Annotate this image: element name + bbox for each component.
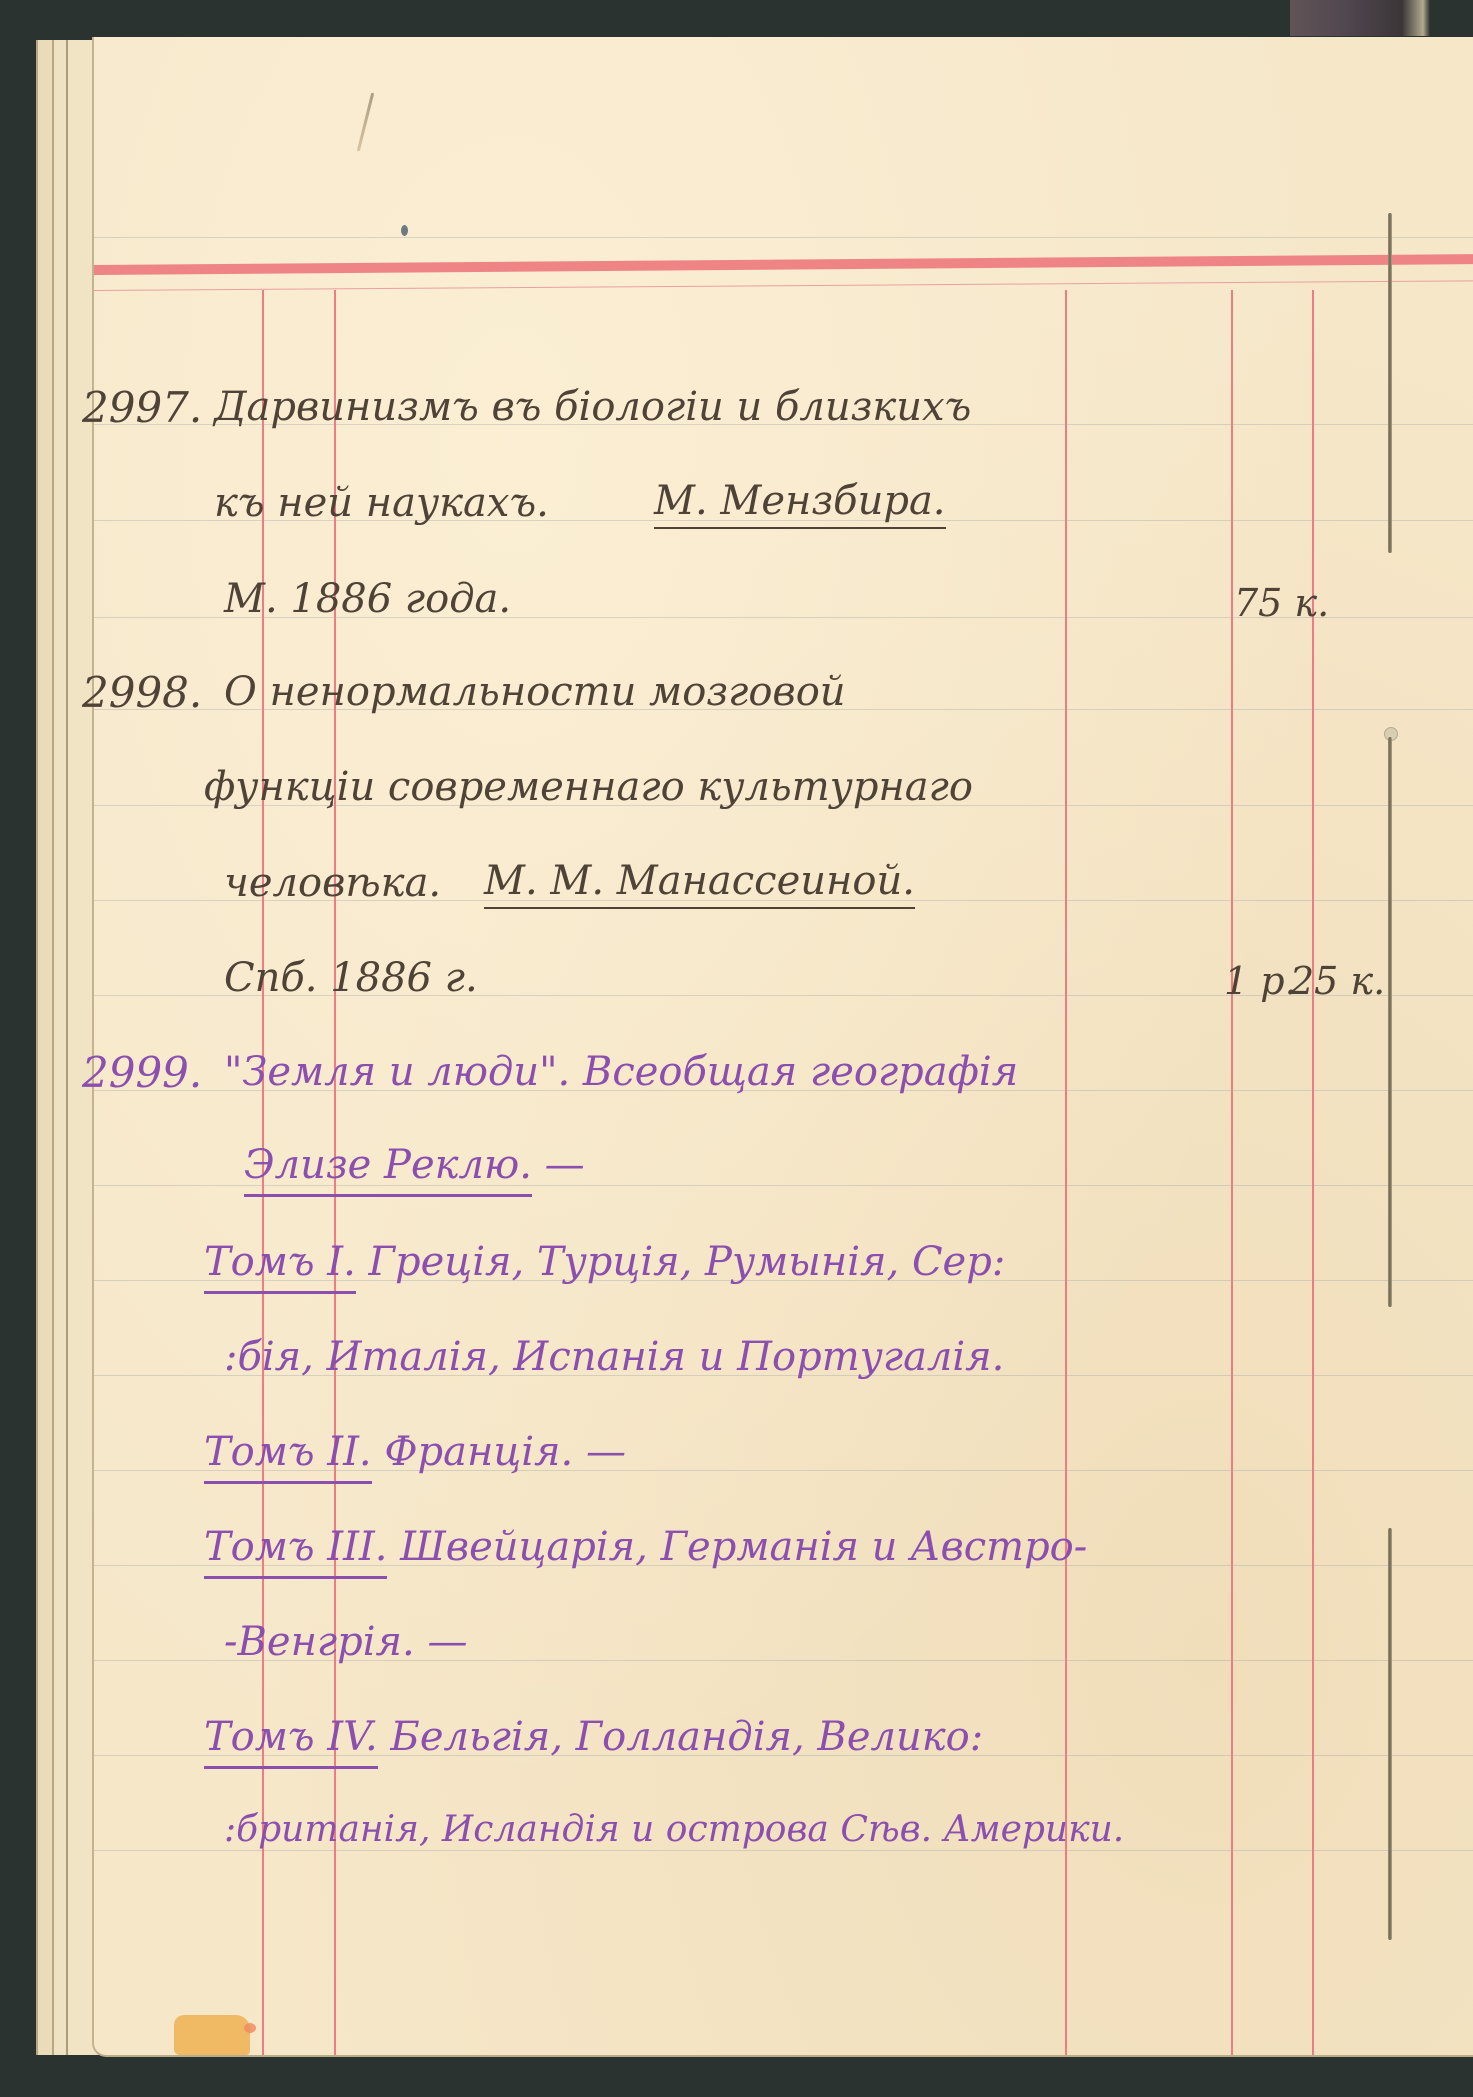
entry-number: 2998. [82,672,202,714]
author-dash: — [532,1142,585,1188]
entry-number: 2999. [82,1052,202,1094]
entry-title-line: къ ней наукахъ. [214,483,549,523]
orange-stain [244,2023,256,2033]
entry-imprint: Спб. 1886 г. [224,958,478,998]
entry-title-line: Дарвинизмъ въ біологіи и близкихъ [214,387,971,427]
ruled-line [94,237,1473,238]
entry-author: Элизе Реклю. [244,1142,532,1197]
entry-title-line: "Земля и люди". Всеобщая географія [224,1052,1018,1092]
column-rule-kopecks [1312,290,1314,2055]
ink-blot [401,225,408,236]
ruled-line [94,1850,1473,1851]
entry-price-rubles: 1 р. [1224,959,1297,1003]
binding-thread [1388,737,1392,1307]
entry-imprint: М. 1886 года. [224,579,511,619]
volume-contents: Греція, Турція, Румынія, Сер: [356,1239,1005,1285]
entry-number: 2997. [82,387,202,429]
column-rule-rubles [1231,290,1233,2055]
pencil-mark [357,93,374,152]
volume-contents: Франція. — [372,1429,626,1475]
volume-label: Томъ III. [204,1524,387,1579]
cover-fabric-patch [1290,0,1430,36]
entry-title-line: функціи современнаго культурнаго [204,767,973,807]
volume-label: Томъ IV. [204,1714,378,1769]
volume-label: Томъ I. [204,1239,356,1294]
entry-author-line: Элизе Реклю. — [244,1145,585,1185]
header-thin-red-rule [94,280,1473,291]
volume-label: Томъ II. [204,1429,372,1484]
volume-contents: Бельгія, Голландія, Велико: [378,1714,983,1760]
entry-price: 75 к. [1234,581,1329,625]
binding-thread [1388,213,1392,553]
volume-contents: Швейцарія, Германія и Австро- [387,1524,1087,1570]
entry-price-kopecks: 25 к. [1290,959,1385,1003]
volume-line-cont: :бія, Италія, Испанія и Португалія. [224,1337,1004,1377]
binding-thread [1388,1528,1392,1940]
volume-line-cont: -Венгрія. — [224,1622,467,1662]
header-red-rule [94,254,1473,275]
volume-line-cont: :британія, Исландія и острова Сѣв. Амери… [224,1812,1124,1848]
entry-title-line: О ненормальности мозговой [224,672,846,712]
orange-stain [174,2015,250,2055]
ledger-page: 2997. Дарвинизмъ въ біологіи и близкихъ … [92,37,1473,2057]
volume-line: Томъ I. Греція, Турція, Румынія, Сер: [204,1242,1005,1282]
entry-title-line: человѣка. [224,863,441,903]
volume-line: Томъ II. Франція. — [204,1432,626,1472]
column-rule-title-end [1065,290,1067,2055]
volume-line: Томъ III. Швейцарія, Германія и Австро- [204,1527,1087,1567]
volume-line: Томъ IV. Бельгія, Голландія, Велико: [204,1717,983,1757]
entry-author: М. Мензбира. [654,481,946,529]
entry-author: М. М. Манассеиной. [484,861,915,909]
